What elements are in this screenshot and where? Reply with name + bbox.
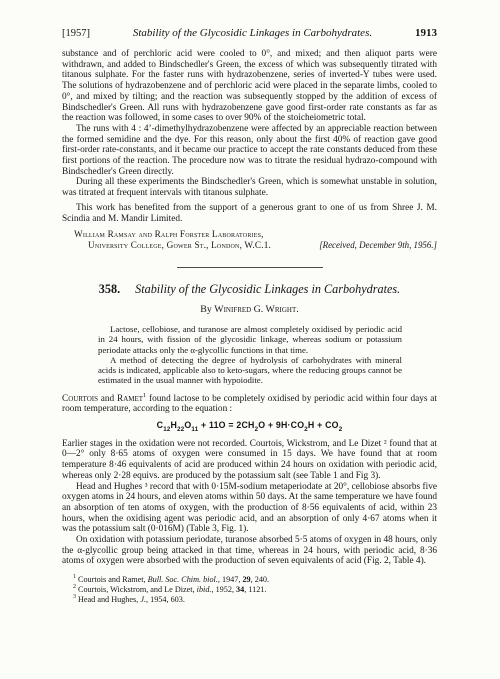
journal-page: [1957] Stability of the Glycosidic Linka… bbox=[0, 0, 500, 679]
byline-prefix: By bbox=[200, 304, 214, 315]
laboratory-address-line-2: University College, Gower St., London, W… bbox=[88, 240, 271, 250]
formula-subscript: 12 bbox=[163, 426, 170, 433]
journal-name: ibid. bbox=[197, 585, 212, 594]
footnote-2: 2Courtois, Wickstrom, and Le Dizet, ibid… bbox=[73, 585, 437, 595]
footnote-text: , 1952, bbox=[211, 585, 236, 594]
footnote-3: 3Head and Hughes, J., 1954, 603. bbox=[73, 595, 437, 605]
formula-part: H + CO bbox=[308, 420, 339, 430]
running-head: [1957] Stability of the Glycosidic Linka… bbox=[62, 27, 437, 39]
volume-number: 29 bbox=[242, 575, 250, 584]
signature-row: University College, Gower St., London, W… bbox=[62, 240, 437, 250]
volume-number: 34 bbox=[236, 585, 244, 594]
footnote-text: Courtois, Wickstrom, and Le Dizet, bbox=[78, 585, 197, 594]
author-name: Winifred G. Wright. bbox=[214, 304, 298, 315]
acknowledgement: This work has benefited from the support… bbox=[62, 203, 437, 224]
abstract: Lactose, cellobiose, and turanose are al… bbox=[98, 324, 402, 386]
footnote-text: 603. bbox=[171, 595, 185, 604]
running-head-page-number: 1913 bbox=[415, 27, 437, 39]
footnote-text: , 1121. bbox=[244, 585, 266, 594]
footnote-text: , 240. bbox=[251, 575, 269, 584]
article-358: 358.Stability of the Glycosidic Linkages… bbox=[62, 282, 437, 604]
laboratory-address-line-1: William Ramsay and Ralph Forster Laborat… bbox=[74, 229, 437, 239]
paragraph: substance and of perchloric acid were co… bbox=[62, 49, 437, 124]
formula-part: O + 9H·CO bbox=[258, 420, 304, 430]
cited-author: Courtois bbox=[62, 394, 98, 404]
article-body: Courtois and Ramet1 found lactose to be … bbox=[62, 394, 437, 568]
paragraph: During all these experiments the Bindsch… bbox=[62, 177, 437, 198]
footnote-marker: 2 bbox=[73, 584, 76, 590]
abstract-paragraph: Lactose, cellobiose, and turanose are al… bbox=[98, 324, 402, 355]
previous-article-end: substance and of perchloric acid were co… bbox=[62, 49, 437, 250]
article-divider bbox=[177, 267, 323, 268]
received-date: [Received, December 9th, 1956.] bbox=[319, 240, 437, 250]
footnote-marker: 1 bbox=[73, 574, 76, 580]
paragraph: The runs with 4 : 4’-dimethylhydrazobenz… bbox=[62, 124, 437, 178]
formula-subscript: 2 bbox=[339, 426, 343, 433]
running-head-title: Stability of the Glycosidic Linkages in … bbox=[90, 27, 415, 39]
paragraph: Head and Hughes ³ record that with 0·15M… bbox=[62, 482, 437, 536]
paragraph: Earlier stages in the oxidation were not… bbox=[62, 439, 437, 482]
footnote-marker: 3 bbox=[73, 594, 76, 600]
footnotes: 1Courtois and Ramet, Bull. Soc. Chim. bi… bbox=[62, 575, 437, 604]
footnote-text: , 1954, bbox=[146, 595, 171, 604]
footnote-text: , 1947, bbox=[218, 575, 243, 584]
article-title: Stability of the Glycosidic Linkages in … bbox=[135, 282, 400, 296]
paragraph: On oxidation with potassium periodate, t… bbox=[62, 535, 437, 567]
footnote-text: Head and Hughes, bbox=[78, 595, 140, 604]
formula-part: + 11O = 2CH bbox=[198, 420, 254, 430]
running-head-year: [1957] bbox=[62, 28, 90, 39]
signature-block: William Ramsay and Ralph Forster Laborat… bbox=[62, 229, 437, 250]
chemical-equation: C12H22O11 + 11O = 2CH2O + 9H·CO2H + CO2 bbox=[62, 420, 437, 433]
abstract-paragraph: A method of detecting the degree of hydr… bbox=[98, 355, 402, 386]
lead-paragraph: Courtois and Ramet1 found lactose to be … bbox=[62, 394, 437, 415]
article-title-line: 358.Stability of the Glycosidic Linkages… bbox=[62, 282, 437, 297]
footnote-text: Courtois and Ramet, bbox=[78, 575, 148, 584]
cited-author: Ramet bbox=[117, 394, 143, 404]
byline: By Winifred G. Wright. bbox=[62, 304, 437, 315]
footnote-1: 1Courtois and Ramet, Bull. Soc. Chim. bi… bbox=[73, 575, 437, 585]
article-number: 358. bbox=[99, 282, 120, 296]
journal-name: Bull. Soc. Chim. biol. bbox=[148, 575, 218, 584]
lead-text: and bbox=[98, 394, 117, 404]
